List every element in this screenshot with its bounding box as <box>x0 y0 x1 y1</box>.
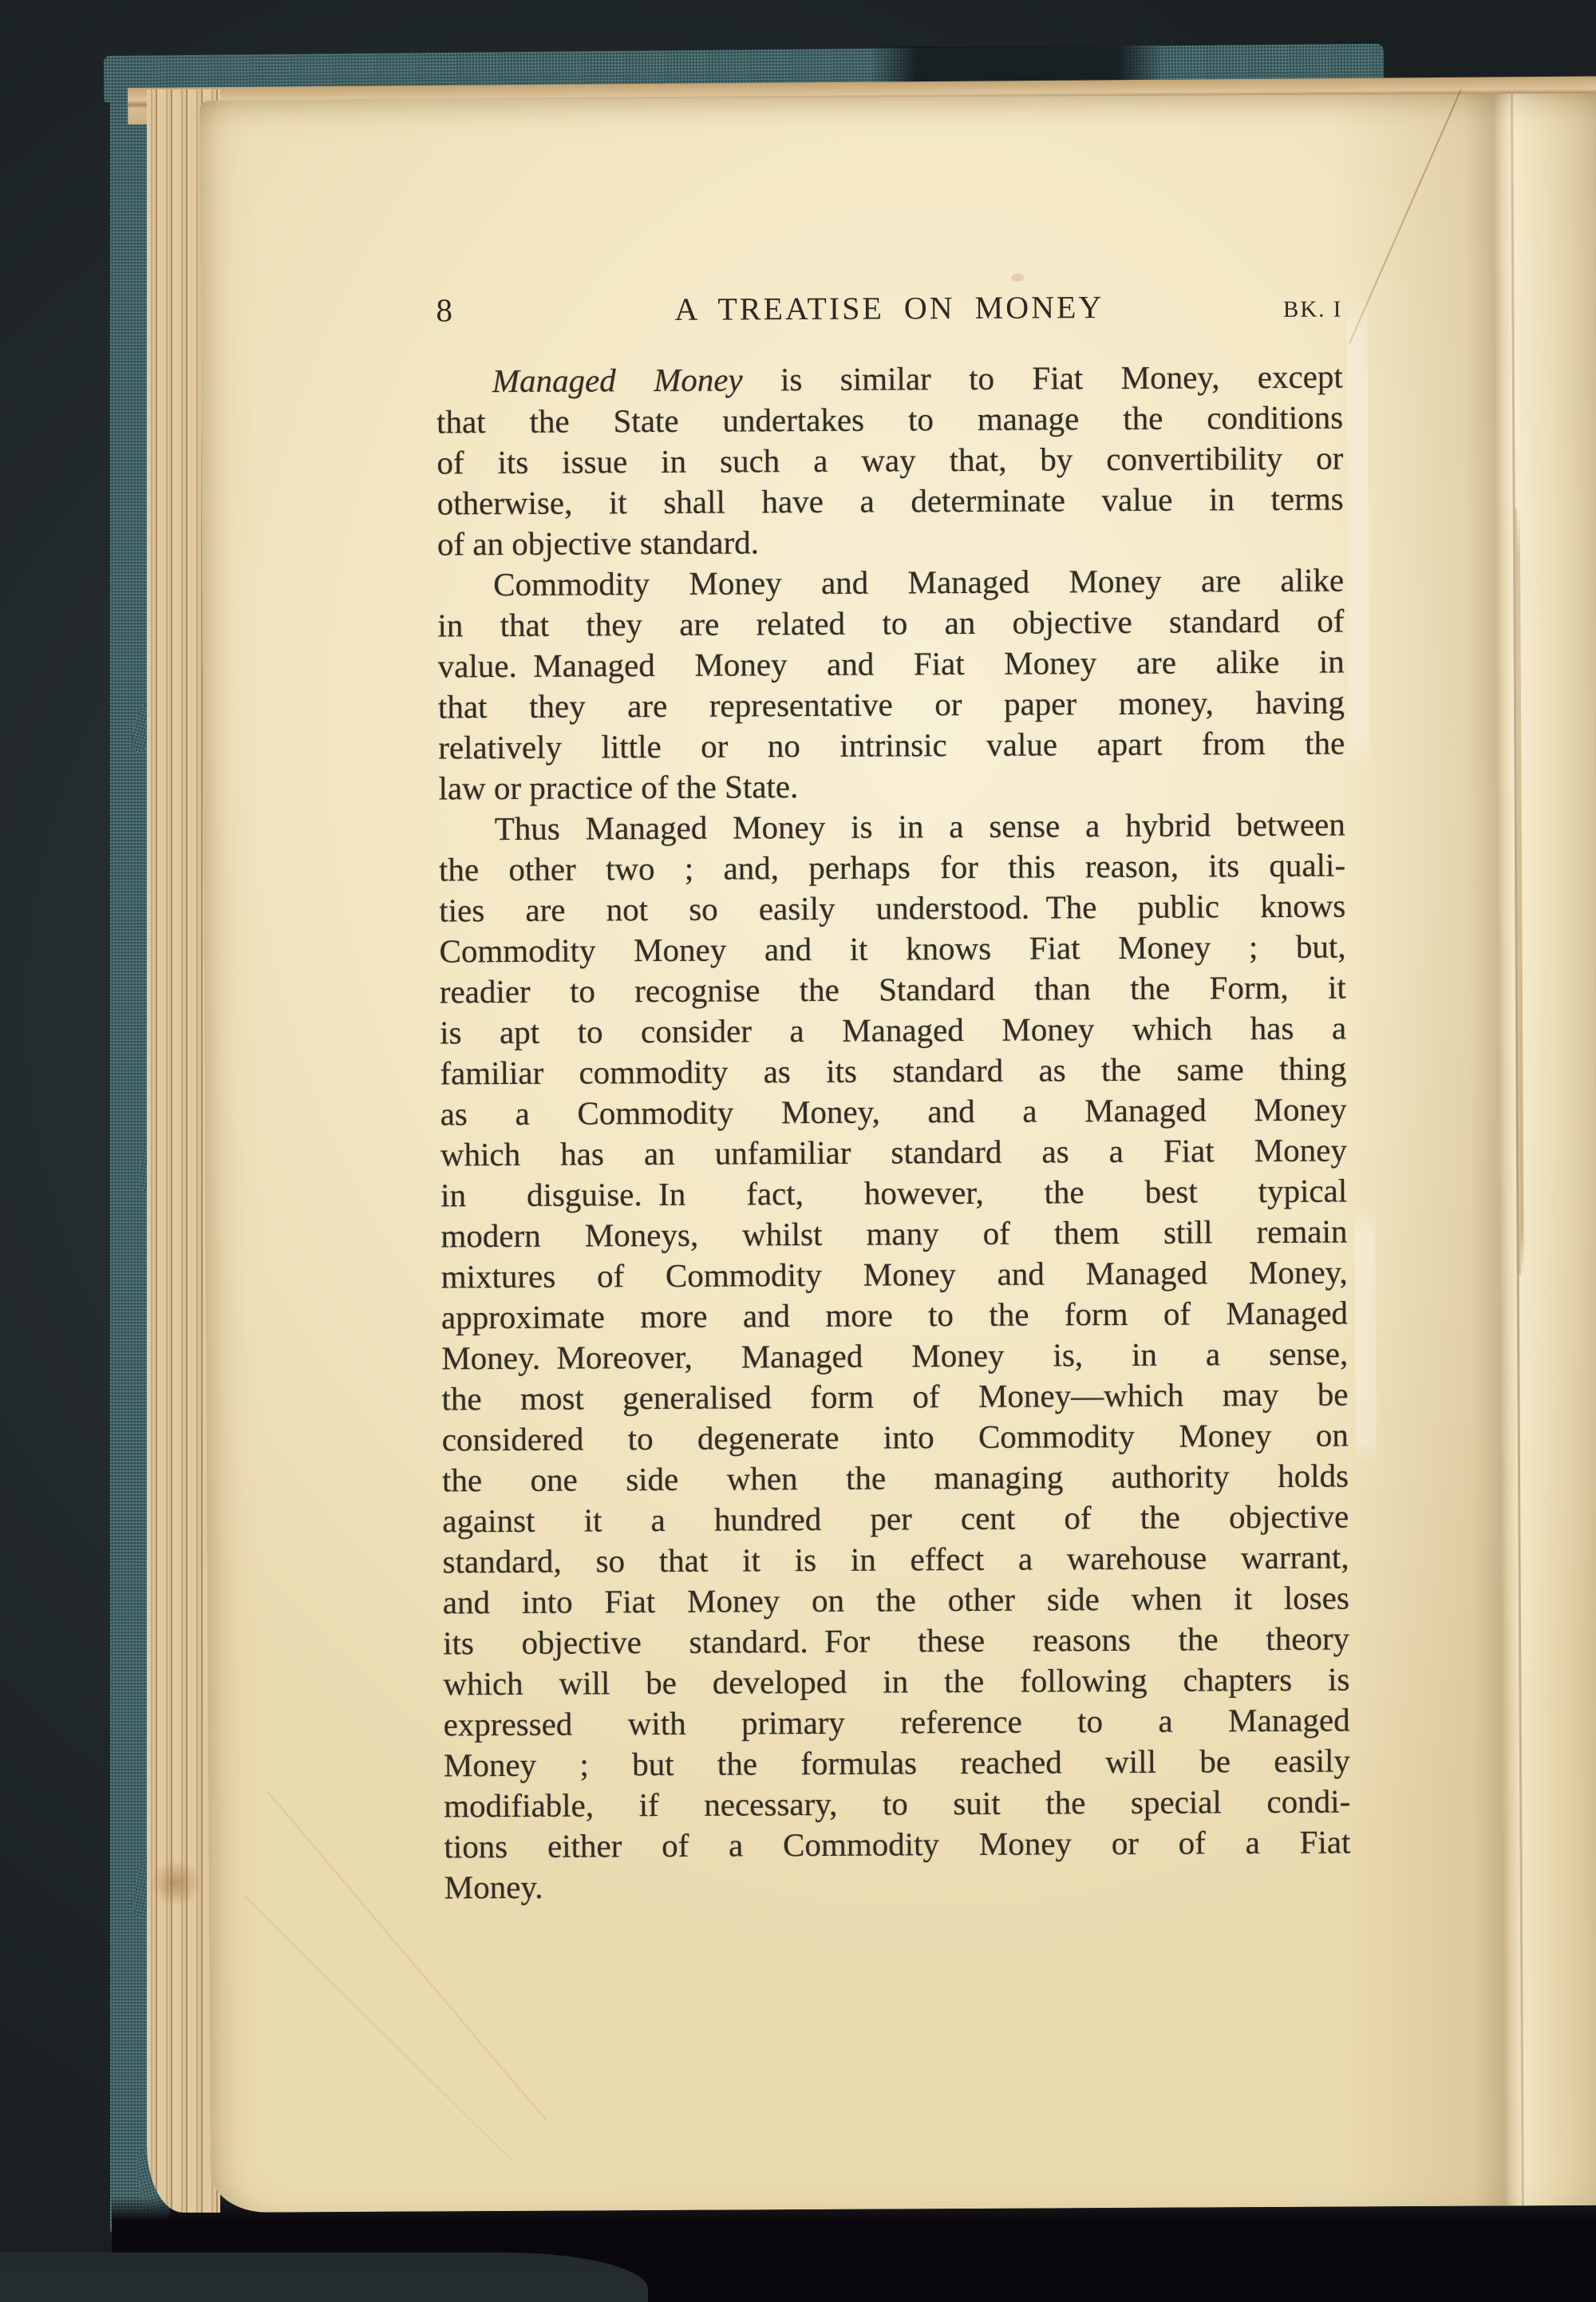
text-line: Managed Money is similar to Fiat Money, … <box>437 357 1343 402</box>
text-line: otherwise, it shall have a determinate v… <box>437 479 1344 524</box>
text-line: familiar commodity as its standard as th… <box>440 1048 1346 1094</box>
text-line: Commodity Money and it knows Fiat Money … <box>439 926 1345 971</box>
book-scan: 8 A TREATISE ON MONEY BK. I Managed Mone… <box>0 0 1596 2302</box>
text-line: approximate more and more to the form of… <box>441 1292 1348 1338</box>
text-line: Money ; but the formulas reached will be… <box>444 1740 1350 1786</box>
text-line: which will be developed in the following… <box>443 1659 1349 1704</box>
text-line: the most generalised form of Money—which… <box>441 1374 1348 1419</box>
text-line: Thus Managed Money is in a sense a hybri… <box>439 804 1345 849</box>
page-header: 8 A TREATISE ON MONEY BK. I <box>436 287 1342 330</box>
book-label: BK. I <box>1231 297 1342 324</box>
paper-smudge <box>1011 274 1024 282</box>
text-line: modifiable, if necessary, to suit the sp… <box>444 1781 1350 1826</box>
running-title: A TREATISE ON MONEY <box>547 287 1231 328</box>
book-page: 8 A TREATISE ON MONEY BK. I Managed Mone… <box>199 93 1596 2213</box>
text-line: against it a hundred per cent of the obj… <box>442 1496 1349 1541</box>
text-line: that the State undertakes to manage the … <box>437 398 1343 443</box>
text-line: the other two ; and, perhaps for this re… <box>439 844 1345 890</box>
text-line: ties are not so easily understood. The p… <box>439 885 1345 931</box>
text-line: the one side when the managing authority… <box>442 1455 1349 1501</box>
text-line: Commodity Money and Managed Money are al… <box>437 560 1344 605</box>
text-line: readier to recognise the Standard than t… <box>440 967 1346 1012</box>
scan-light-streak <box>1354 1208 1377 1464</box>
text-line: Money. Moreover, Managed Money is, in a … <box>441 1333 1348 1378</box>
text-line: is apt to consider a Managed Money which… <box>440 1007 1346 1053</box>
gutter-shading <box>1333 93 1596 2207</box>
text-line: standard, so that it is in effect a ware… <box>442 1537 1349 1582</box>
text-line: of an objective standard. <box>437 520 1344 565</box>
text-line: law or practice of the State. <box>438 763 1345 809</box>
paper-wrinkle <box>244 1896 512 2161</box>
body-text: Managed Money is similar to Fiat Money, … <box>437 357 1351 1908</box>
text-line: in disguise. In fact, however, the best … <box>440 1170 1347 1216</box>
text-line: considered to degenerate into Commodity … <box>442 1414 1349 1460</box>
text-line: in that they are related to an objective… <box>437 600 1344 646</box>
text-line: and into Fiat Money on the other side wh… <box>443 1577 1349 1623</box>
text-line: of its issue in such a way that, by conv… <box>437 438 1343 484</box>
scan-light-streak <box>1346 291 1369 769</box>
page-edge-stain <box>150 1860 201 1906</box>
page-number: 8 <box>436 291 547 330</box>
text-line: relatively little or no intrinsic value … <box>438 722 1345 768</box>
text-line: Money. <box>444 1862 1351 1908</box>
text-line: which has an unfamiliar standard as a Fi… <box>440 1129 1347 1175</box>
text-line: as a Commodity Money, and a Managed Mone… <box>440 1089 1347 1134</box>
text-line: mixtures of Commodity Money and Managed … <box>441 1252 1348 1297</box>
text-line: tions either of a Commodity Money or of … <box>444 1821 1350 1867</box>
text-line: that they are representative or paper mo… <box>438 682 1345 727</box>
text-line: expressed with primary reference to a Ma… <box>444 1699 1350 1745</box>
text-line: its objective standard. For these reason… <box>443 1618 1349 1663</box>
text-line: value. Managed Money and Fiat Money are … <box>438 641 1345 686</box>
text-line: modern Moneys, whilst many of them still… <box>440 1211 1347 1256</box>
scan-background-corner <box>0 2253 648 2302</box>
